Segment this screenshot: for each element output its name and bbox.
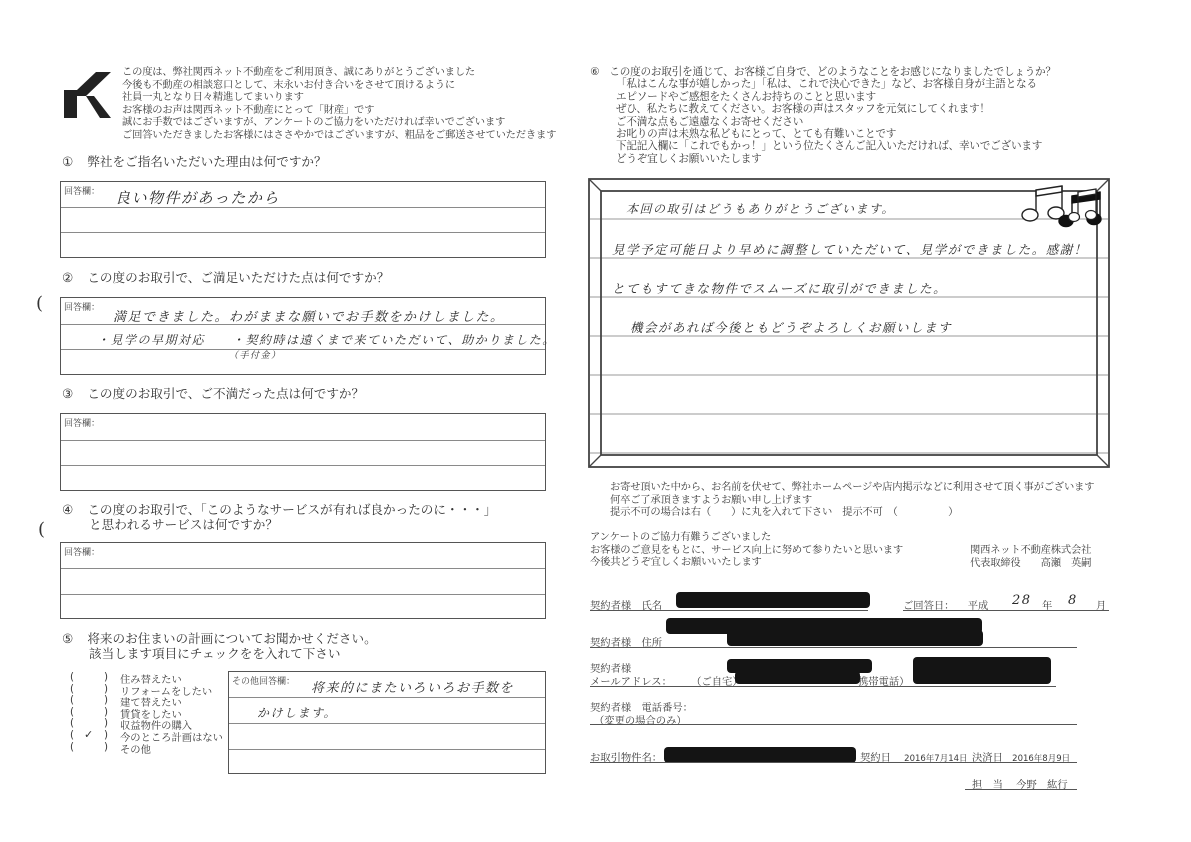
- music-notes-icon: [1020, 182, 1106, 228]
- q6-prompt-line: エピソードやご感想をたくさんお持ちのことと思います: [616, 91, 1056, 103]
- q6-prompt: ⑥この度のお取引を通じて、お客様ご自身で、どのようなことをお感じになりましたでし…: [590, 66, 1056, 165]
- intro-line: 社員一丸となり日々精進してまいります: [122, 91, 556, 104]
- name-field-redacted[interactable]: [676, 592, 870, 608]
- q6-prompt-line: 「私はこんな事が嬉しかった」「私は、これで決心できた」など、お客様自身が主語とな…: [616, 78, 1056, 90]
- closing-line: 今後共どうぞ宜しくお願いいたします: [590, 556, 903, 569]
- q4-number: ④: [62, 502, 73, 517]
- q6-prompt-line: どうぞ宜しくお願いいたします: [616, 153, 1056, 165]
- closing-line: アンケートのご協力有難うございました: [590, 531, 903, 544]
- q2-answer-line: ・見学の早期対応 ・契約時は遠くまで来ていただいて、助かりました。: [97, 331, 556, 348]
- q5-question: 該当します項目にチェックをを入れて下さい: [89, 646, 377, 661]
- q5-heading: ⑤ 将来のお住まいの計画についてお聞かせください。 該当します項目にチェックをを…: [62, 631, 377, 661]
- name-underline: [590, 610, 868, 611]
- publish-optout-field[interactable]: 提示不可の場合は右（ ）に丸を入れて下さい 提示不可 （ ）: [610, 506, 1094, 519]
- q3-number: ③: [62, 386, 73, 401]
- q6-prompt-line: ぜひ、私たちに教えてください。お客様の声はスタッフを元気にしてくれます！: [616, 103, 1056, 115]
- publish-notice: お寄せ頂いた中から、お名前を伏せて、弊社ホームページや店内掲示などに利用させて頂…: [610, 481, 1094, 519]
- check-mark: ✓: [84, 728, 93, 741]
- closing-line: お客様のご意見をもとに、サービス向上に努めて参りたいと思います: [590, 544, 903, 557]
- q2-number: ②: [62, 270, 73, 285]
- intro-text: この度は、弊社関西ネット不動産をご利用頂き、誠にありがとうございました 今後も不…: [122, 66, 556, 142]
- company-name: 関西ネット不動産株式会社: [970, 544, 1091, 557]
- answer-label: 回答欄：: [64, 416, 100, 429]
- answer-label: 回答欄：: [64, 184, 100, 197]
- reply-month-value[interactable]: 8: [1068, 593, 1078, 608]
- intro-line: ご回答いただきましたお客様にはささやかではございますが、粗品をご郵送させていただ…: [122, 129, 556, 142]
- q4-answer-box[interactable]: 回答欄：: [60, 542, 546, 619]
- publish-notice-line: 何卒ご了承頂きますようお願い申し上げます: [610, 494, 1094, 507]
- company-signature: 関西ネット不動産株式会社 代表取締役 高瀬 英嗣: [970, 544, 1091, 569]
- q2-heading: ② この度のお取引で、ご満足いただけた点は何ですか？: [62, 270, 389, 285]
- q2-answer-box[interactable]: 回答欄： 満足できました。わがままな願いでお手数をかけしました。 ・見学の早期対…: [60, 297, 546, 375]
- answer-label: 回答欄：: [64, 300, 100, 313]
- intro-line: 誠にお手数ではございますが、アンケートのご協力をいただければ幸いでございます: [122, 116, 556, 129]
- mobile-field-redacted[interactable]: [913, 657, 1051, 684]
- email-underline: [590, 686, 1056, 687]
- margin-mark: (: [38, 519, 45, 540]
- q5-number: ⑤: [62, 631, 73, 646]
- other-answer-label: その他回答欄：: [232, 674, 295, 687]
- q5-options: () 住み替えたい () リフォームをしたい () 建て替えたい () 賃貸をし…: [70, 671, 230, 761]
- margin-mark: (: [36, 293, 43, 314]
- property-field-redacted[interactable]: [664, 747, 856, 763]
- q5-other-answer-line: 将来的にまたいろいろお手数を: [311, 677, 514, 696]
- q4-heading: ④ この度のお取引で、「このようなサービスが有れば良かったのに・・・」 と思われ…: [62, 502, 496, 532]
- reply-year-value[interactable]: 28: [1012, 593, 1032, 608]
- intro-line: お客様のお声は関西ネット不動産にとって「財産」です: [122, 104, 556, 117]
- company-k-logo: [64, 72, 112, 118]
- intro-line: この度は、弊社関西ネット不動産をご利用頂き、誠にありがとうございました: [122, 66, 556, 79]
- email-field-redacted[interactable]: [735, 671, 860, 684]
- q6-answer-frame[interactable]: 本回の取引はどうもありがとうございます。 見学予定可能日より早めに調整していただ…: [588, 178, 1110, 468]
- q2-question: この度のお取引で、ご満足いただけた点は何ですか？: [87, 270, 389, 285]
- q1-answer-line: 良い物件があったから: [115, 187, 280, 208]
- q6-number: ⑥: [590, 66, 599, 78]
- q1-answer-box[interactable]: 回答欄： 良い物件があったから: [60, 181, 546, 258]
- staff-underline: [965, 789, 1077, 790]
- q6-answer-line: とてもすてきな物件でスムーズに取引ができました。: [612, 279, 947, 297]
- q6-prompt-line: この度のお取引を通じて、お客様ご自身で、どのようなことをお感じになりましたでしょ…: [609, 66, 1056, 78]
- q6-prompt-line: 下記記入欄に「これでもかっ！」という位たくさんご記入いただければ、幸いでございま…: [616, 140, 1056, 152]
- q5-other-answer-box[interactable]: その他回答欄： 将来的にまたいろいろお手数を かけします。: [228, 671, 546, 774]
- representative-name: 代表取締役 高瀬 英嗣: [970, 557, 1091, 570]
- address-underline: [590, 647, 1077, 648]
- phone-underline[interactable]: [590, 724, 1077, 725]
- q1-heading: ① 弊社をご指名いただいた理由は何ですか？: [62, 154, 327, 169]
- q4-question: この度のお取引で、「このようなサービスが有れば良かったのに・・・」: [87, 502, 496, 517]
- property-underline: [590, 762, 1077, 763]
- q1-number: ①: [62, 154, 73, 169]
- q6-prompt-line: ご不満な点もご遠慮なくお寄せください: [616, 116, 1056, 128]
- q6-answer-line: 本回の取引はどうもありがとうございます。: [626, 200, 895, 217]
- q4-question: と思われるサービスは何ですか？: [89, 517, 496, 532]
- q3-question: この度のお取引で、ご不満だった点は何ですか？: [87, 386, 364, 401]
- intro-line: 今後も不動産の相談窓口として、末永いお付き合いをさせて頂けるように: [122, 79, 556, 92]
- answer-label: 回答欄：: [64, 545, 100, 558]
- closing-message: アンケートのご協力有難うございました お客様のご意見をもとに、サービス向上に努め…: [590, 531, 903, 569]
- address-field-redacted[interactable]: [727, 630, 983, 646]
- q6-answer-line: 機会があれば今後ともどうぞよろしくお願いします: [630, 318, 952, 336]
- q1-question: 弊社をご指名いただいた理由は何ですか？: [87, 154, 326, 169]
- q5-other-answer-line: かけします。: [257, 704, 337, 721]
- q3-heading: ③ この度のお取引で、ご不満だった点は何ですか？: [62, 386, 364, 401]
- q6-prompt-line: お叱りの声は未熟な私どもにとって、とても有難いことです: [616, 128, 1056, 140]
- option-label: その他: [120, 741, 151, 756]
- q2-annotation: （手付金）: [229, 348, 282, 361]
- q3-answer-box[interactable]: 回答欄：: [60, 413, 546, 491]
- reply-date-underline: [903, 610, 1109, 611]
- q6-answer-line: 見学予定可能日より早めに調整していただいて、見学ができました。感謝！: [612, 240, 1088, 258]
- publish-notice-line: お寄せ頂いた中から、お名前を伏せて、弊社ホームページや店内掲示などに利用させて頂…: [610, 481, 1094, 494]
- q5-question: 将来のお住まいの計画についてお聞かせください。: [87, 631, 376, 646]
- q2-answer-line: 満足できました。わがままな願いでお手数をかけしました。: [113, 306, 505, 325]
